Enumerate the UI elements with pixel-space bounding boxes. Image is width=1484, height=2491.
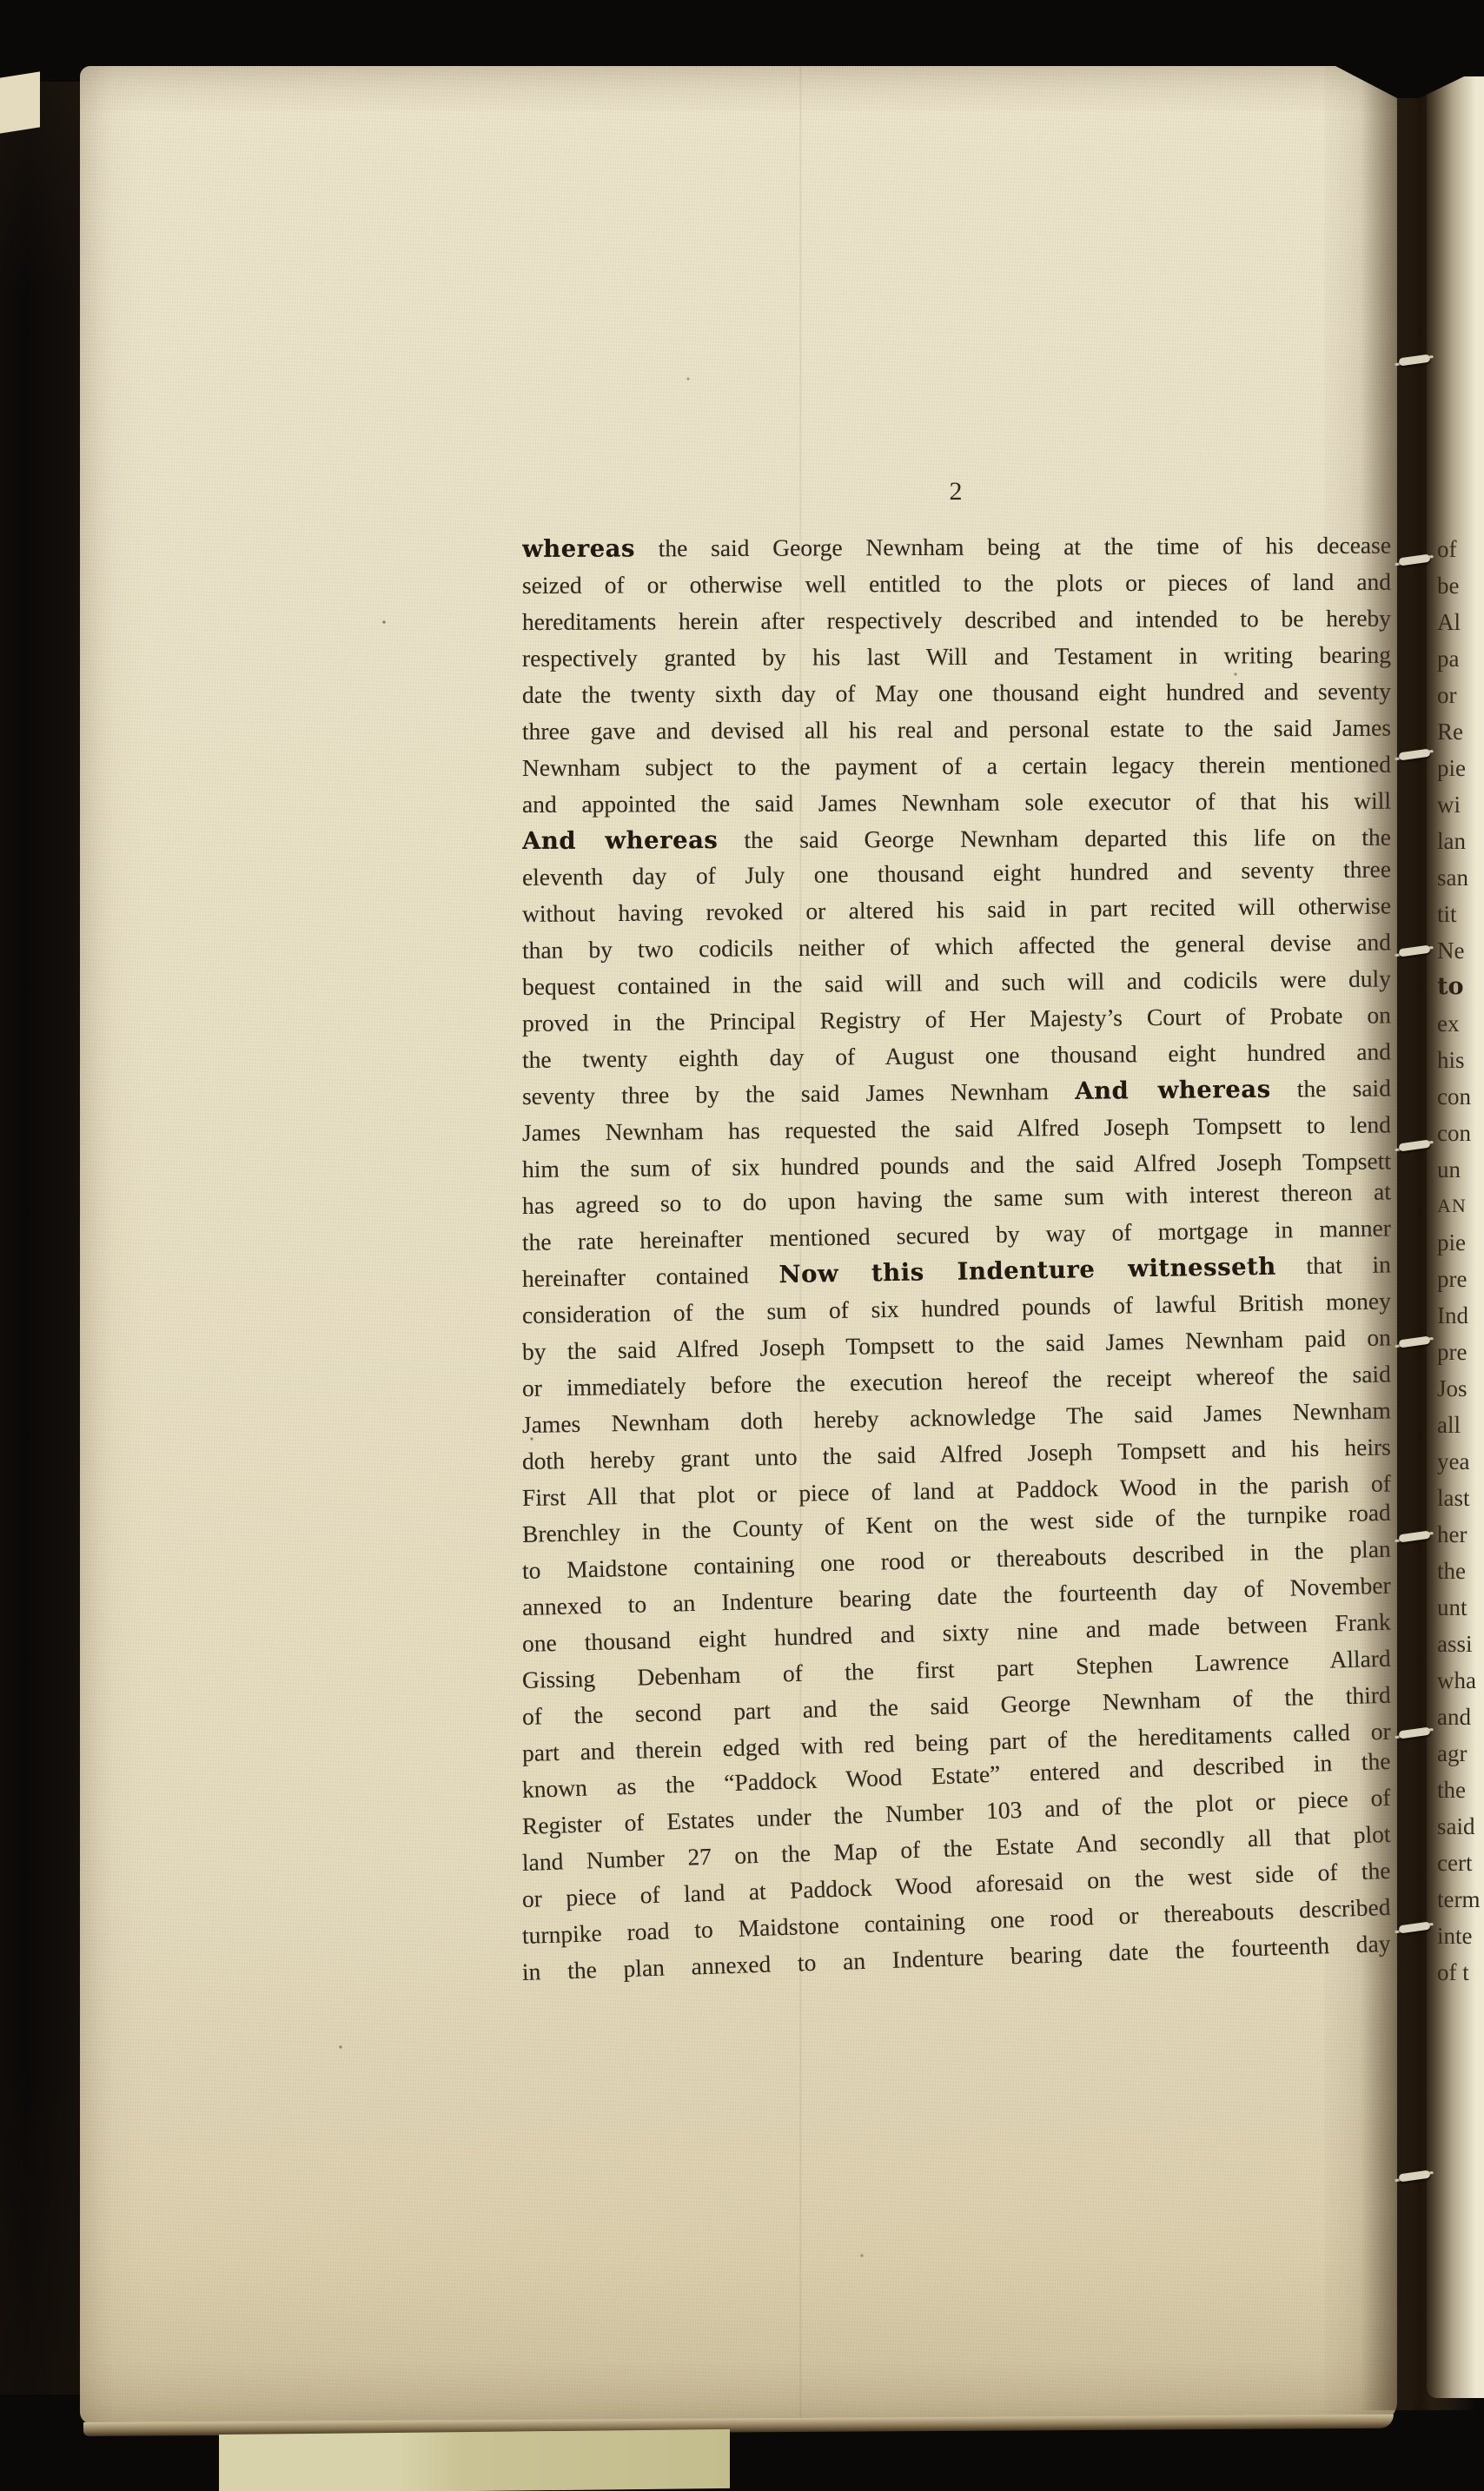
page-stack-edges: [0, 82, 85, 2395]
next-page-line-fragment: Ne: [1437, 932, 1484, 969]
next-page-line-fragment: un: [1437, 1151, 1484, 1188]
next-page-line-fragment: agr: [1437, 1735, 1484, 1772]
next-page-line-fragment: to: [1437, 969, 1484, 1005]
next-page-line-fragment: pre: [1437, 1334, 1484, 1370]
next-page-line-fragment: Jos: [1437, 1370, 1484, 1407]
next-page-line-fragment: cert: [1437, 1845, 1484, 1881]
book-scan-photo: { "doc": { "page_number": "2", "lines": …: [0, 0, 1484, 2491]
next-page-line-fragment: unt: [1437, 1589, 1484, 1626]
text-line: hereditaments herein after respectively …: [522, 600, 1391, 640]
next-page-line-fragment: his: [1437, 1042, 1484, 1078]
blackletter-text: And whereas: [1075, 1076, 1271, 1105]
line-text: seized of or otherwise well entitled to …: [522, 568, 1391, 599]
next-page-line-fragment: Re: [1437, 713, 1484, 750]
stitch-thread: [1399, 1922, 1431, 1934]
text-line: three gave and devised all his real and …: [522, 710, 1391, 750]
blackletter-text: Now this Indenture witnesseth: [778, 1253, 1276, 1289]
page-number: 2: [521, 477, 1390, 507]
line-text: bequest contained in the said will and s…: [522, 964, 1391, 1000]
line-text: the said: [1270, 1074, 1391, 1102]
next-page-line-fragment: con: [1437, 1115, 1484, 1151]
next-page-line-fragment: said: [1437, 1808, 1484, 1845]
next-page-line-fragment: term: [1437, 1881, 1484, 1918]
line-text: hereditaments herein after respectively …: [522, 605, 1391, 635]
line-text: Newnham subject to the payment of a cert…: [522, 751, 1391, 781]
line-text: than by two codicils neither of which af…: [522, 928, 1391, 964]
next-page-line-fragment: last: [1437, 1480, 1484, 1516]
next-page-line-fragment: pie: [1437, 1224, 1484, 1261]
stitch-thread: [1399, 1727, 1431, 1739]
document-text: whereas the said George Newnham being at…: [522, 531, 1391, 1991]
line-text: eleventh day of July one thousand eight …: [522, 855, 1391, 891]
line-text: seventy three by the said James Newnham: [522, 1077, 1075, 1110]
line-text: hereinafter contained: [522, 1261, 779, 1292]
next-page-line-fragment: AN: [1437, 1188, 1484, 1224]
line-text: the twenty eighth day of August one thou…: [522, 1037, 1391, 1073]
stitch-thread: [1399, 354, 1431, 367]
underlying-page-edge: [219, 2429, 730, 2491]
stitch-thread: [1399, 945, 1431, 957]
next-page-line-fragment: all: [1437, 1407, 1484, 1443]
next-page-line-fragment: wi: [1437, 786, 1484, 823]
next-page-line-fragment: or: [1437, 677, 1484, 713]
next-page-line-fragment: lan: [1437, 823, 1484, 859]
next-page-line-fragment: of: [1437, 531, 1484, 567]
next-page-line-fragment: assi: [1437, 1626, 1484, 1662]
next-page-line-fragment: the: [1437, 1772, 1484, 1808]
stitch-thread: [1399, 554, 1431, 566]
next-page-line-fragment: inte: [1437, 1918, 1484, 1954]
line-text: the said George Newnham departed this li…: [718, 824, 1391, 853]
next-page-line-fragment: pre: [1437, 1261, 1484, 1297]
next-page-line-fragment: pie: [1437, 750, 1484, 786]
blackletter-text: whereas: [522, 534, 635, 563]
next-page-line-fragment: pa: [1437, 640, 1484, 677]
text-line: and appointed the said James Newnham sol…: [522, 783, 1391, 823]
stitch-thread: [1399, 1531, 1431, 1543]
text-line: respectively granted by his last Will an…: [522, 637, 1391, 677]
text-line: date the twenty sixth day of May one tho…: [522, 673, 1391, 713]
line-text: James Newnham has requested the said Alf…: [522, 1110, 1391, 1146]
next-page-line-fragment: yea: [1437, 1443, 1484, 1480]
line-text: respectively granted by his last Will an…: [522, 641, 1391, 672]
text-line: seized of or otherwise well entitled to …: [522, 564, 1391, 604]
next-page-line-fragment: of t: [1437, 1954, 1484, 1991]
text-line: whereas the said George Newnham being at…: [522, 527, 1391, 567]
stitch-thread: [1399, 1336, 1431, 1348]
next-page-line-fragment: Ind: [1437, 1297, 1484, 1334]
line-text: that in: [1275, 1250, 1391, 1279]
line-text: proved in the Principal Registry of Her …: [522, 1001, 1391, 1037]
next-page-text-fragments: of be Al pa or Re pie wi lan san tit Ne …: [1437, 531, 1484, 1991]
stitch-thread: [1399, 2170, 1431, 2183]
text-line: Newnham subject to the payment of a cert…: [522, 746, 1391, 786]
stitch-thread: [1399, 749, 1431, 761]
next-page-line-fragment: tit: [1437, 896, 1484, 932]
next-page-line-fragment: and: [1437, 1699, 1484, 1735]
line-text: date the twenty sixth day of May one tho…: [522, 678, 1391, 708]
stitch-thread: [1399, 1140, 1431, 1152]
next-page-line-fragment: her: [1437, 1516, 1484, 1553]
line-text: three gave and devised all his real and …: [522, 714, 1391, 745]
next-page-line-fragment: san: [1437, 859, 1484, 896]
next-page-line-fragment: Al: [1437, 604, 1484, 640]
next-page-line-fragment: wha: [1437, 1662, 1484, 1699]
next-page-line-fragment: ex: [1437, 1005, 1484, 1042]
next-page-line-fragment: the: [1437, 1553, 1484, 1589]
next-page-line-fragment: con: [1437, 1078, 1484, 1115]
line-text: and appointed the said James Newnham sol…: [522, 787, 1391, 818]
line-text: the said George Newnham being at the tim…: [635, 532, 1391, 562]
blackletter-text: And whereas: [522, 826, 718, 855]
page-stack-top-sliver: [0, 71, 40, 133]
next-page-line-fragment: be: [1437, 567, 1484, 604]
line-text: without having revoked or altered his sa…: [522, 891, 1391, 927]
